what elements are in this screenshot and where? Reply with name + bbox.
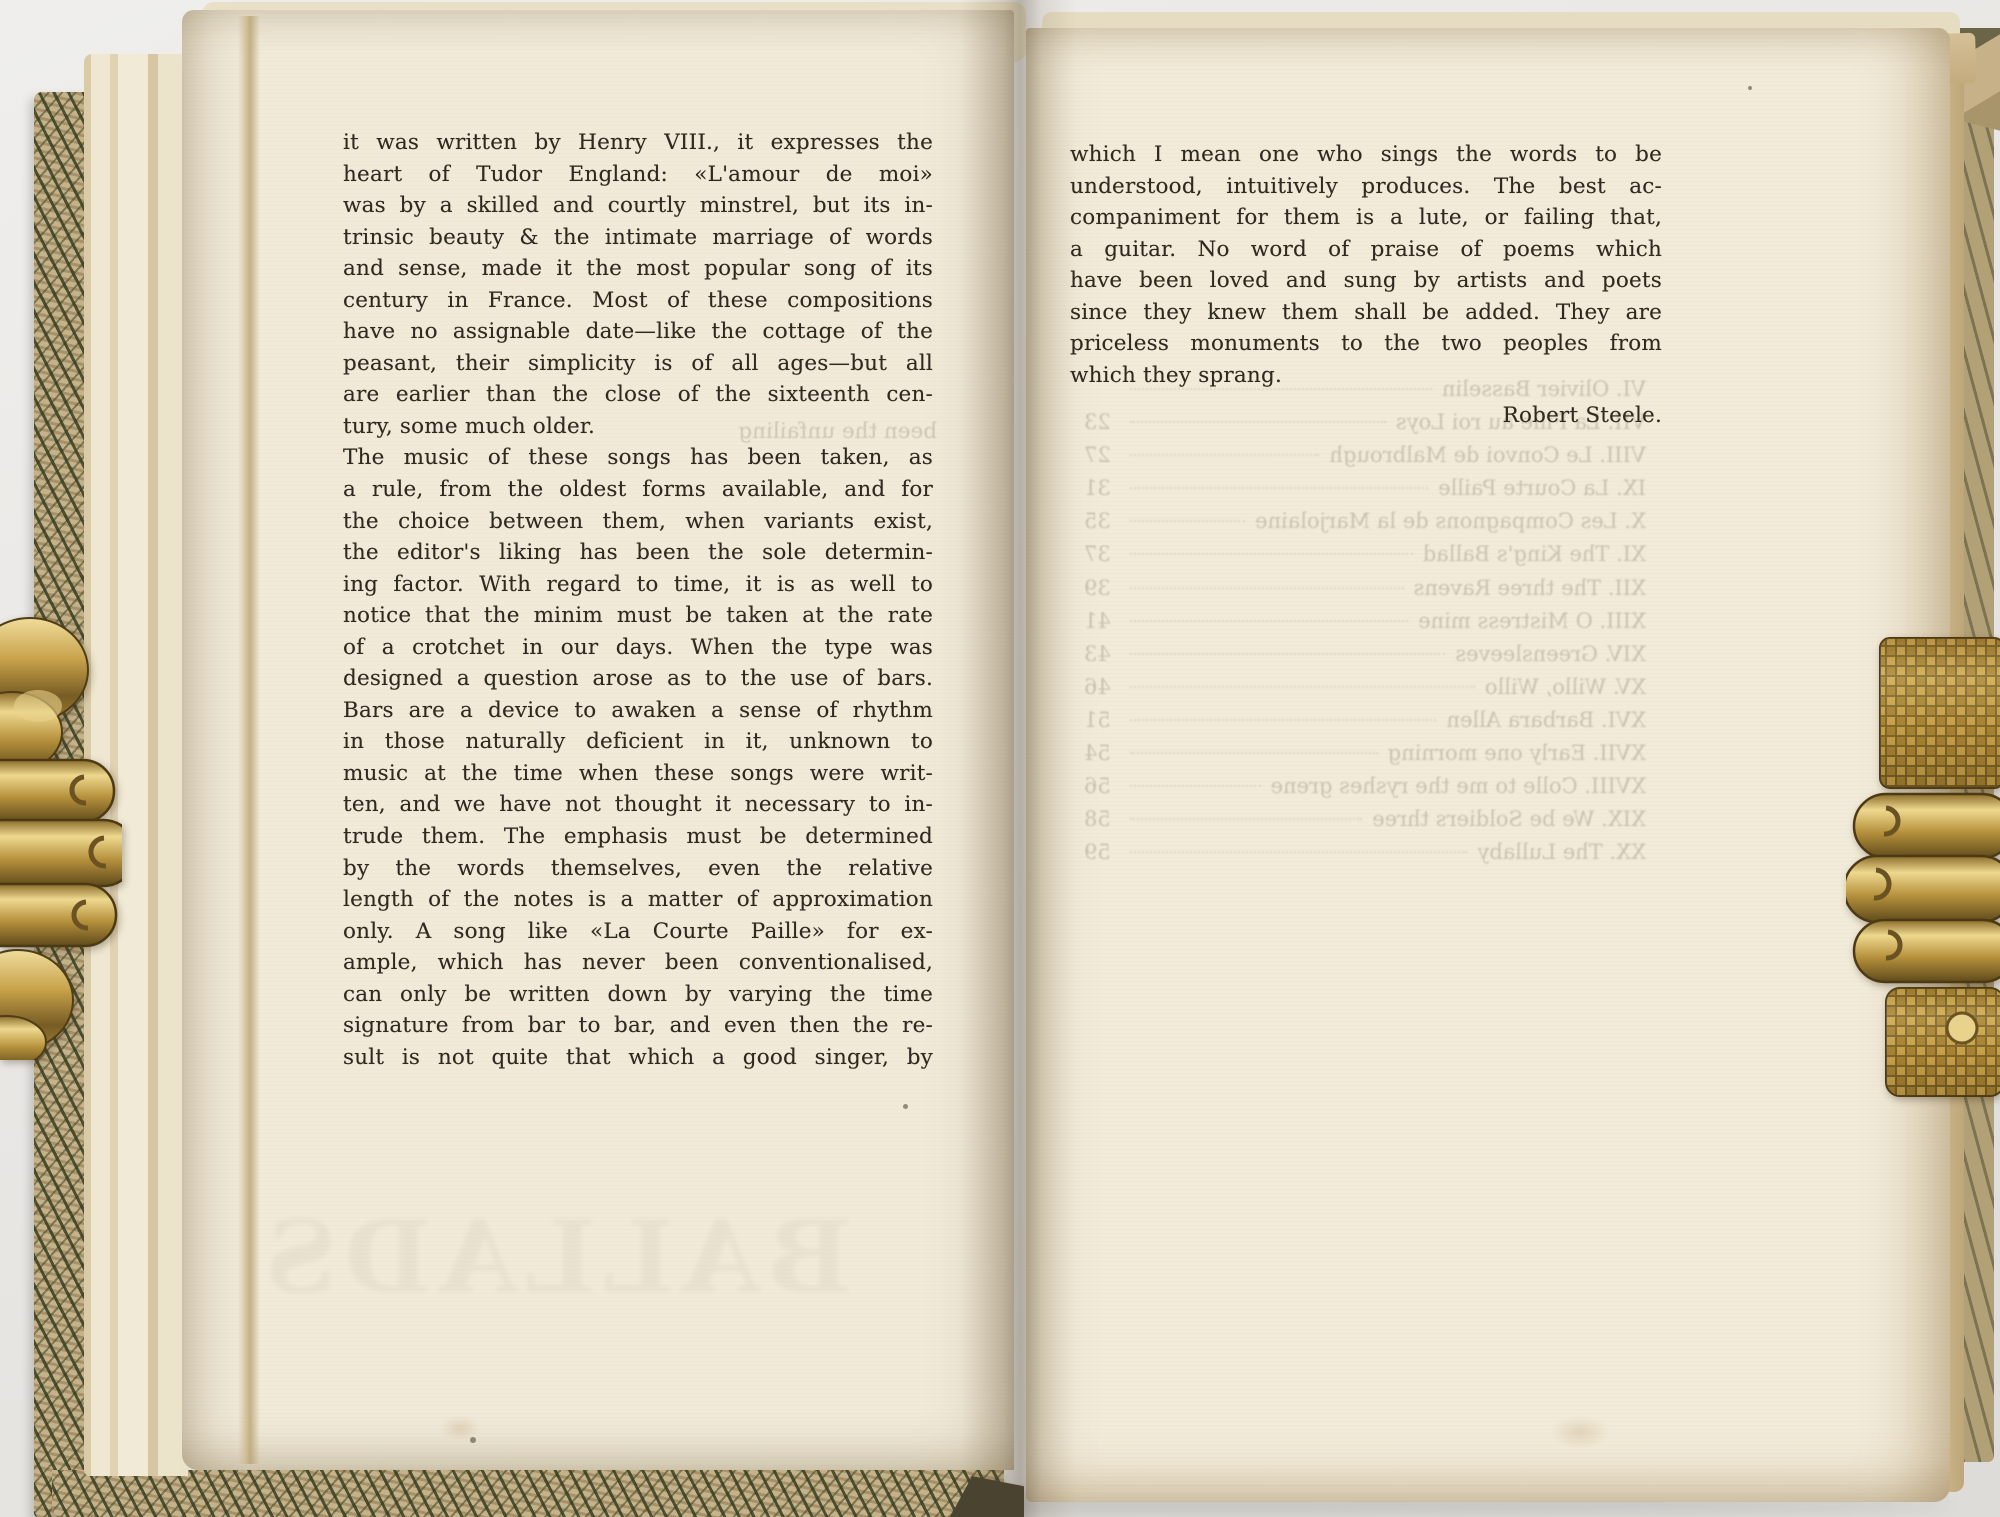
- text-line: the editor's liking has been the sole de…: [343, 537, 933, 569]
- text-line: trinsic beauty & the intimate marriage o…: [343, 222, 933, 254]
- text-line: of a crotchet in our days. When the type…: [343, 632, 933, 664]
- right-page-text-column: which I mean one who sings the words to …: [1070, 139, 1662, 432]
- dust-speck: [1748, 86, 1752, 90]
- text-line: have been loved and sung by artists and …: [1070, 265, 1662, 297]
- text-line: companiment for them is a lute, or faili…: [1070, 202, 1662, 234]
- text-line: was by a skilled and courtly minstrel, b…: [343, 190, 933, 222]
- text-line: signature from bar to bar, and even then…: [343, 1010, 933, 1042]
- text-line: understood, intuitively produces. The be…: [1070, 171, 1662, 203]
- text-line: can only be written down by varying the …: [343, 979, 933, 1011]
- text-line: peasant, their simplicity is of all ages…: [343, 348, 933, 380]
- text-line: the choice between them, when variants e…: [343, 506, 933, 538]
- text-line: Bars are a device to awaken a sense of r…: [343, 695, 933, 727]
- text-line: ten, and we have not thought it necessar…: [343, 789, 933, 821]
- left-brass-clasp-hand: [0, 612, 122, 1060]
- text-line: trude them. The emphasis must be determi…: [343, 821, 933, 853]
- text-line: heart of Tudor England: «L'amour de moi»: [343, 159, 933, 191]
- text-line: priceless monuments to the two peoples f…: [1070, 328, 1662, 360]
- text-line: century in France. Most of these composi…: [343, 285, 933, 317]
- text-line: in those naturally deficient in it, unkn…: [343, 726, 933, 758]
- text-line: ing factor. With regard to time, it is a…: [343, 569, 933, 601]
- bottom-cover-marbled-edge: [52, 1470, 1004, 1517]
- text-line: sult is not quite that which a good sing…: [343, 1042, 933, 1074]
- author-signature: Robert Steele.: [1070, 400, 1662, 432]
- fox-stain: [440, 1415, 480, 1441]
- text-line: by the words themselves, even the relati…: [343, 853, 933, 885]
- right-page-paragraph: which I mean one who sings the words to …: [1070, 139, 1662, 391]
- text-line: only. A song like «La Courte Paille» for…: [343, 916, 933, 948]
- text-line: ample, which has never been conventional…: [343, 947, 933, 979]
- text-line: are earlier than the close of the sixtee…: [343, 379, 933, 411]
- text-line: The music of these songs has been taken,…: [343, 442, 933, 474]
- text-line: length of the notes is a matter of appro…: [343, 884, 933, 916]
- text-line: which I mean one who sings the words to …: [1070, 139, 1662, 171]
- text-line: designed a question arose as to the use …: [343, 663, 933, 695]
- text-line: music at the time when these songs were …: [343, 758, 933, 790]
- text-line: and sense, made it the most popular song…: [343, 253, 933, 285]
- text-line: since they knew them shall be added. The…: [1070, 297, 1662, 329]
- text-line: have no assignable date—like the cottage…: [343, 316, 933, 348]
- text-line: notice that the minim must be taken at t…: [343, 600, 933, 632]
- right-brass-clasp-hand: [1846, 636, 2000, 1110]
- text-line: tury, some much older.: [343, 411, 933, 443]
- fox-stain: [1550, 1415, 1610, 1449]
- text-line: a guitar. No word of praise of poems whi…: [1070, 234, 1662, 266]
- left-page-fore-edge-line: [238, 16, 260, 1464]
- text-line: which they sprang.: [1070, 360, 1662, 392]
- text-line: a rule, from the oldest forms available,…: [343, 474, 933, 506]
- text-line: it was written by Henry VIII., it expres…: [343, 127, 933, 159]
- left-page-text-column: it was written by Henry VIII., it expres…: [343, 127, 933, 1073]
- dust-speck: [903, 1104, 908, 1109]
